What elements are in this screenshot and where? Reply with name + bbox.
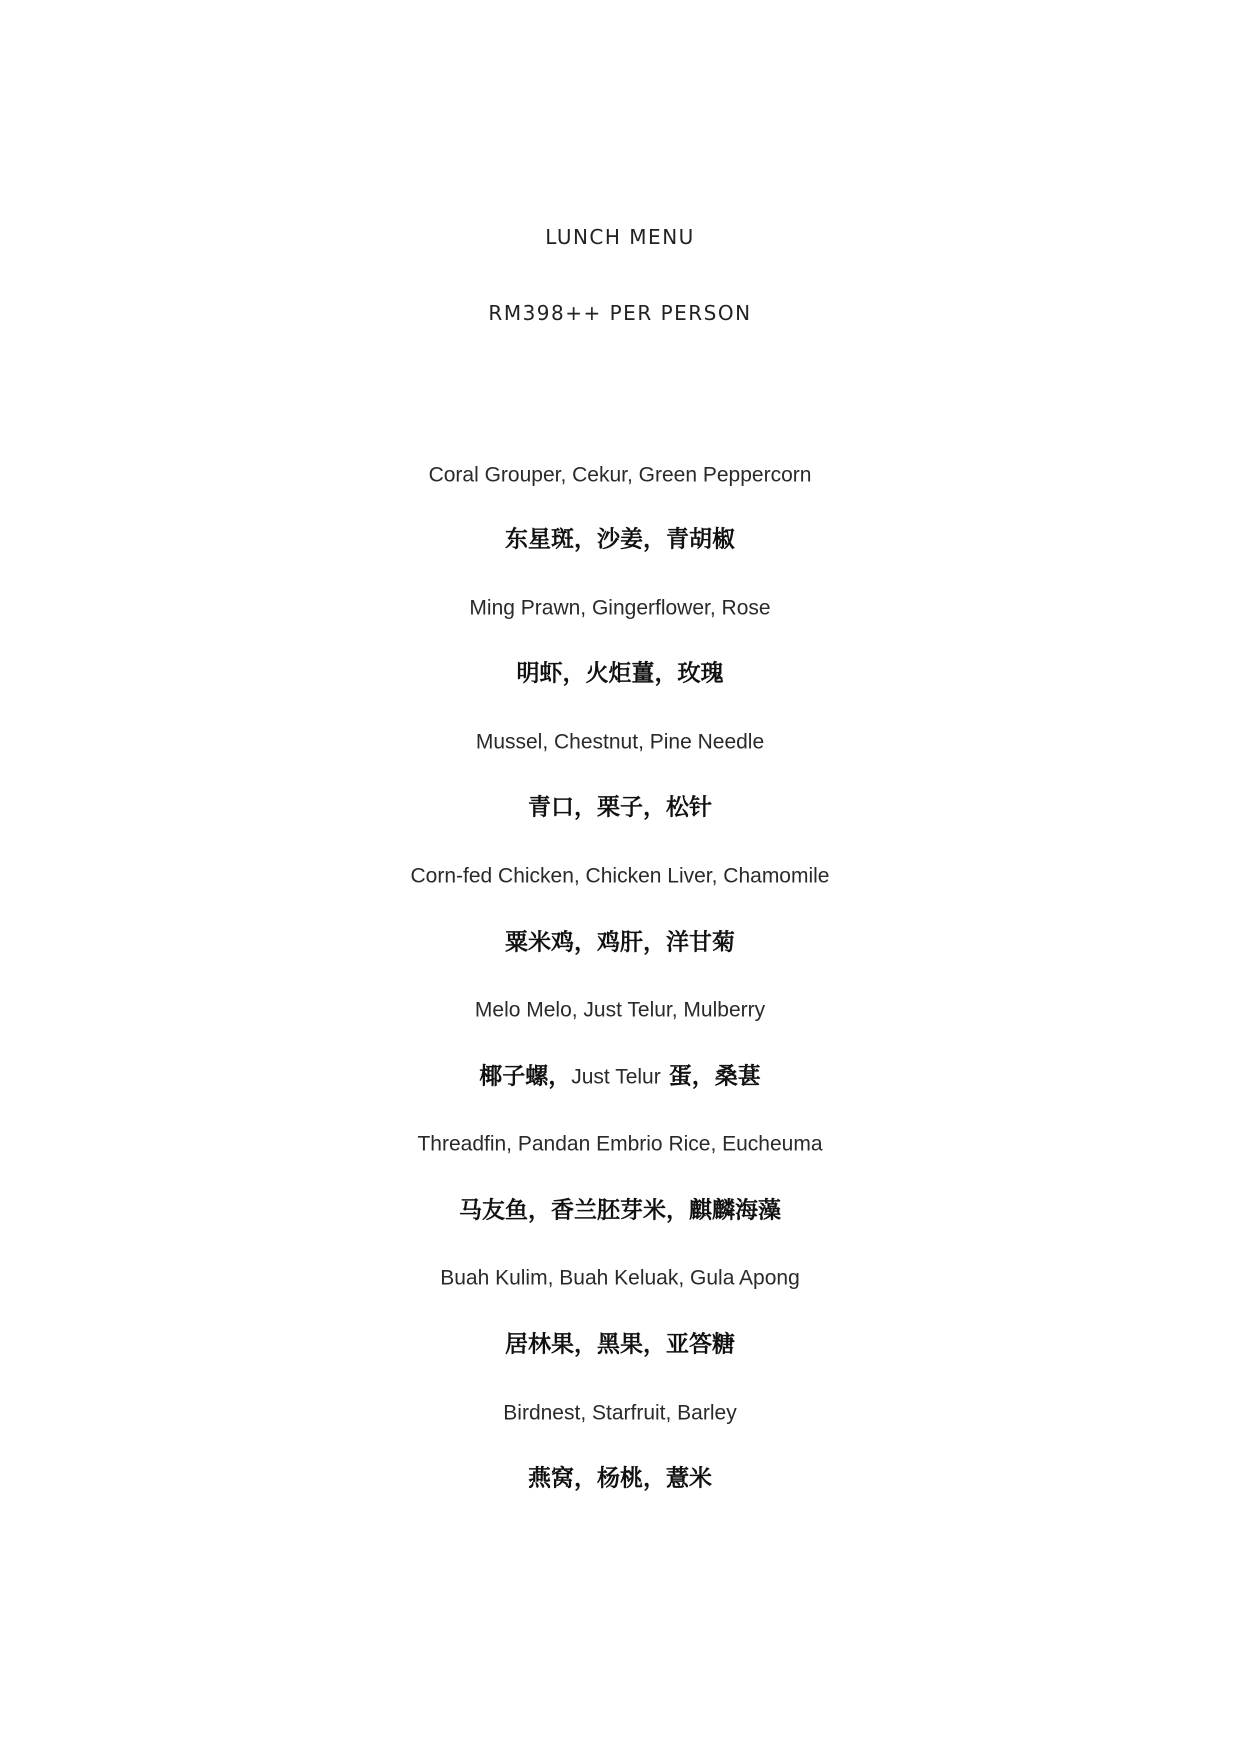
course-2-english: Ming Prawn, Gingerflower, Rose bbox=[0, 598, 1240, 619]
menu-price: RM398++ PER PERSON bbox=[0, 303, 1240, 323]
course-8-english: Birdnest, Starfruit, Barley bbox=[0, 1403, 1240, 1424]
menu-page: LUNCH MENU RM398++ PER PERSON Coral Grou… bbox=[0, 0, 1240, 1754]
course-5-chinese-part-a: 椰子螺， bbox=[479, 1064, 571, 1090]
course-4-english: Corn-fed Chicken, Chicken Liver, Chamomi… bbox=[0, 866, 1240, 887]
course-7-chinese: 居林果，黑果，亚答糖 bbox=[0, 1334, 1240, 1357]
course-5-english: Melo Melo, Just Telur, Mulberry bbox=[0, 1000, 1240, 1021]
course-3-chinese: 青口，栗子，松针 bbox=[0, 797, 1240, 820]
course-6-chinese: 马友鱼，香兰胚芽米，麒麟海藻 bbox=[0, 1200, 1240, 1223]
course-5-chinese-inline-english: Just Telur bbox=[571, 1066, 661, 1089]
course-5-chinese-part-c: 蛋，桑葚 bbox=[661, 1064, 761, 1090]
course-1-english: Coral Grouper, Cekur, Green Peppercorn bbox=[0, 465, 1240, 486]
course-8-chinese: 燕窝，杨桃，薏米 bbox=[0, 1468, 1240, 1491]
course-4-chinese: 粟米鸡，鸡肝，洋甘菊 bbox=[0, 932, 1240, 955]
course-1-chinese: 东星斑，沙姜，青胡椒 bbox=[0, 529, 1240, 552]
menu-title: LUNCH MENU bbox=[0, 227, 1240, 247]
course-5-chinese: 椰子螺，Just Telur 蛋，桑葚 bbox=[0, 1066, 1240, 1089]
course-7-english: Buah Kulim, Buah Keluak, Gula Apong bbox=[0, 1268, 1240, 1289]
course-3-english: Mussel, Chestnut, Pine Needle bbox=[0, 732, 1240, 753]
course-6-english: Threadfin, Pandan Embrio Rice, Eucheuma bbox=[0, 1134, 1240, 1155]
course-2-chinese: 明虾，火炬薑，玫瑰 bbox=[0, 663, 1240, 686]
